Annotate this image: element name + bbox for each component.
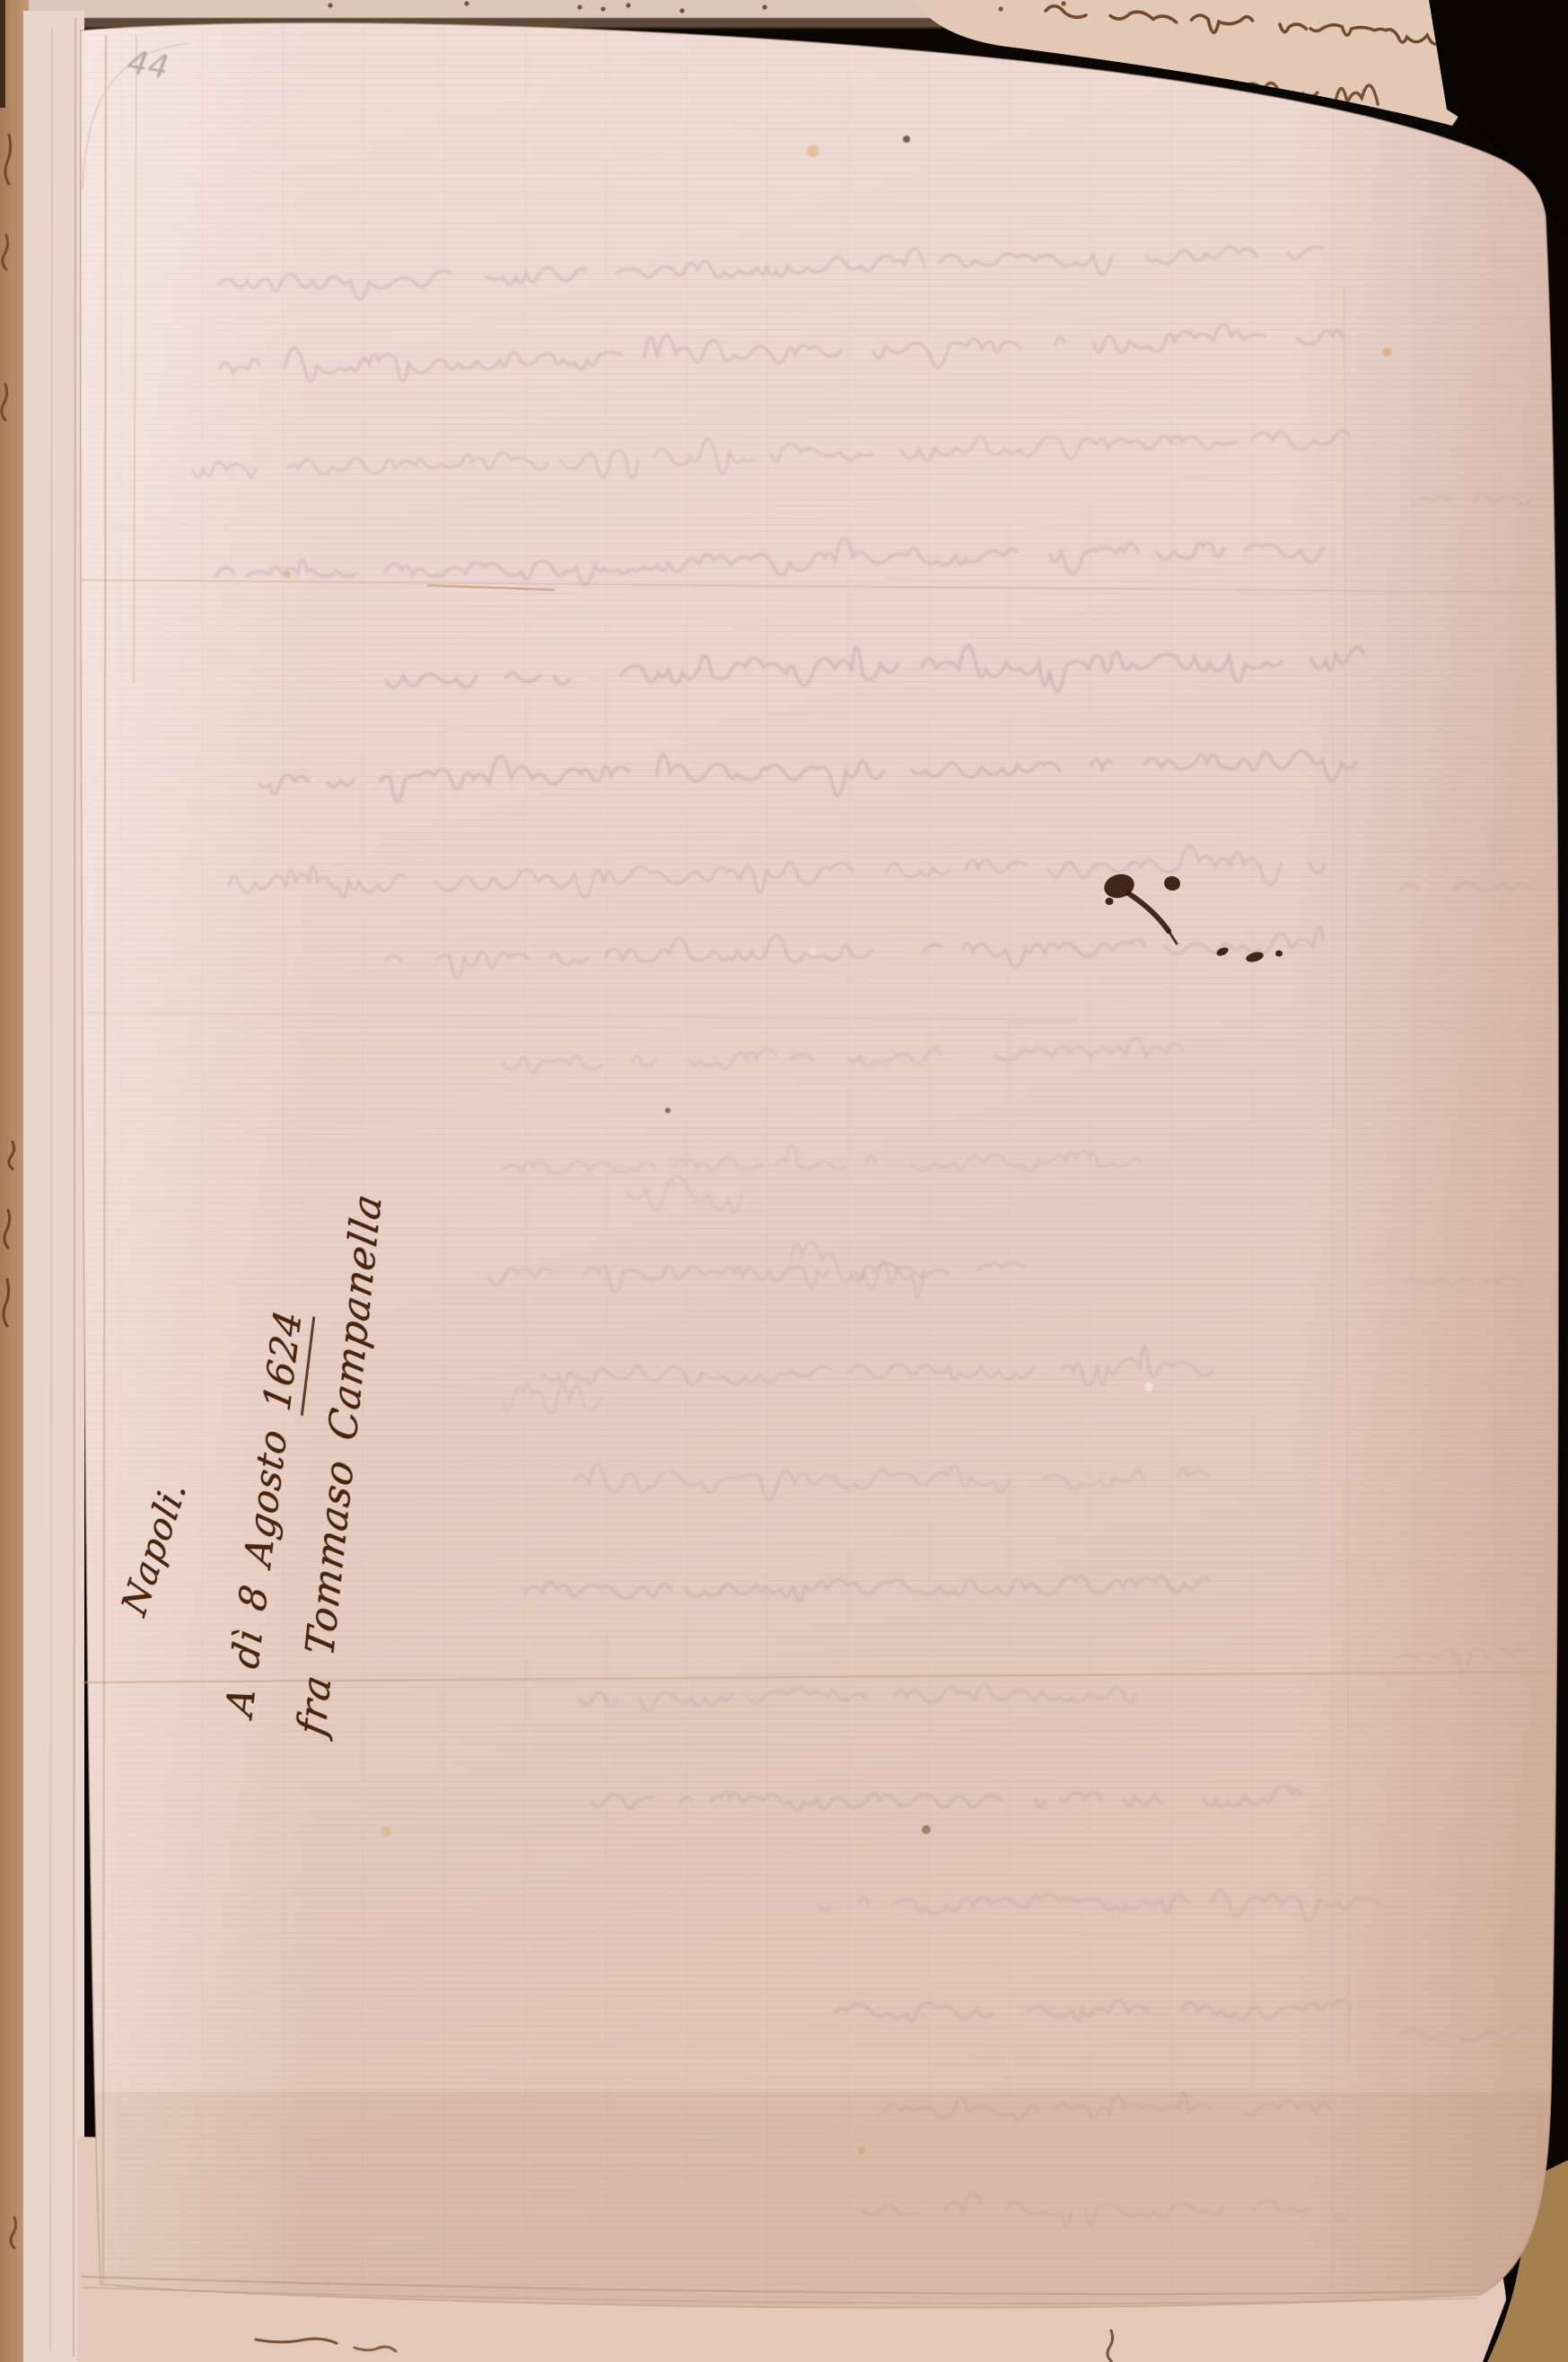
paper-stain	[665, 1108, 670, 1113]
paper-stain	[381, 1826, 391, 1837]
paper-stain	[1382, 347, 1391, 356]
ink-speck	[998, 6, 1003, 11]
paper-stain	[922, 1825, 931, 1834]
paper-stain	[903, 136, 910, 143]
pencil-foliation-mark: 44	[125, 44, 171, 87]
manuscript-scan: Napoli. A dì 8 Agosto 1624 fra Tommaso C…	[0, 0, 1568, 2362]
paper-stain	[1144, 1383, 1153, 1392]
manuscript-photo	[0, 0, 1568, 2362]
ink-speck	[1061, 1, 1065, 5]
under-leaf-edge-strip	[23, 11, 84, 2362]
ink-speck	[626, 3, 630, 7]
ink-blot	[1106, 898, 1114, 905]
paper-stain	[807, 145, 819, 157]
ink-speck	[328, 3, 332, 7]
ink-speck	[762, 4, 766, 9]
ink-speck	[600, 6, 605, 11]
paper-stain	[523, 1602, 532, 1611]
ink-speck	[679, 8, 684, 13]
ink-speck	[577, 4, 582, 9]
ink-blot	[1275, 951, 1283, 957]
paper-stain	[858, 2147, 865, 2154]
ink-speck	[464, 1, 469, 5]
